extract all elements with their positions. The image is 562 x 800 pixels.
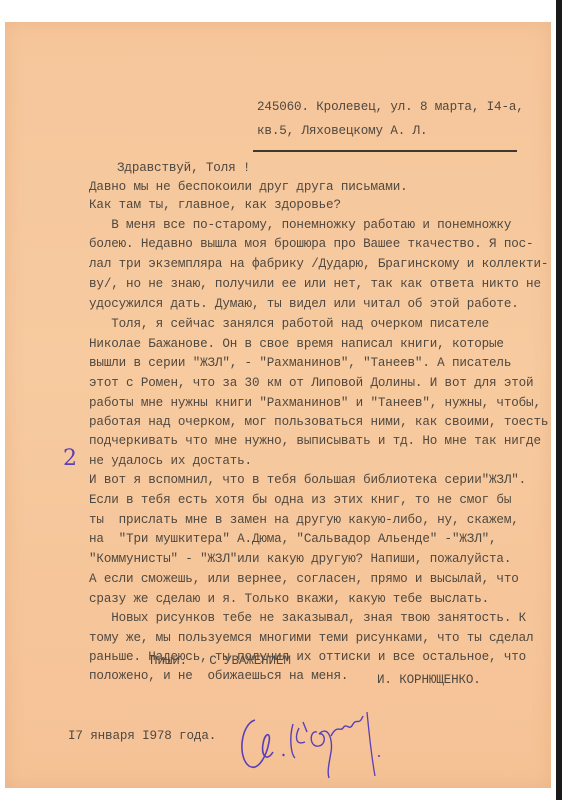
body-line: удосужился дать. Думаю, ты видел или чит… xyxy=(89,295,519,314)
body-line: сразу же сделаю и я. Только вкажи, какую… xyxy=(89,590,489,609)
body-line: В меня все по-старому, понемножку работа… xyxy=(89,216,511,235)
body-line: ты прислать мне в замен на другую какую-… xyxy=(89,511,519,530)
margin-note: 2 xyxy=(63,446,77,471)
sender-name: И. КОРНЮЩЕНКО. xyxy=(377,671,481,690)
body-line: Давно мы не беспокоили друг друга письма… xyxy=(89,178,408,197)
body-line: лал три экземпляра на фабрику /Дударю, Б… xyxy=(89,255,548,274)
date: I7 января I978 года. xyxy=(68,727,216,746)
body-line: подчеркивать что мне нужно, выписывать и… xyxy=(89,432,541,451)
body-line: болею. Недавно вышла моя брошюра про Ваш… xyxy=(89,235,533,254)
address-line-2: кв.5, Ляховецкому А. Л. xyxy=(257,122,427,141)
scan-edge xyxy=(556,0,562,800)
body-line: Как там ты, главное, как здоровье? xyxy=(89,196,341,215)
body-line: "Коммунисты" - "ЖЗЛ"или какую другую? На… xyxy=(89,550,511,569)
body-line: И вот я вспомнил, что в тебя большая биб… xyxy=(89,471,526,490)
body-line: Толя, я сейчас занялся работой над очерк… xyxy=(89,315,489,334)
address-line-1: 245060. Кролевец, ул. 8 марта, I4-а, xyxy=(257,98,524,117)
body-line: этот с Ромен, что за 30 км от Липовой До… xyxy=(89,374,533,393)
body-line: работы мне нужны книги "Рахманинов" и "Т… xyxy=(89,394,541,413)
signature-icon xyxy=(233,702,383,782)
body-line: на "Три мушкитера" А.Дюма, "Сальвадор Ал… xyxy=(89,530,496,549)
body-line: тому же, мы пользуемся многими теми рису… xyxy=(89,629,533,648)
body-line: не удалось их достать. xyxy=(89,452,252,471)
letter-page: 245060. Кролевец, ул. 8 марта, I4-а, кв.… xyxy=(5,22,551,788)
body-line: Николае Бажанове. Он в свое время написа… xyxy=(89,335,504,354)
body-line: ву/, но не знаю, получили ее или нет, та… xyxy=(89,275,541,294)
greeting: Здравствуй, Толя ! xyxy=(117,159,250,178)
body-line: вышли в серии "ЖЗЛ", - "Рахманинов", "Та… xyxy=(89,354,511,373)
address-underline xyxy=(253,150,517,152)
body-line: Если в тебя есть хотя бы одна из этих кн… xyxy=(89,491,511,510)
closing: Пиши. С УВАЖЕНИЕМ xyxy=(150,652,291,671)
body-line: А если сможешь, или вернее, согласен, пр… xyxy=(89,570,519,589)
body-line: Новых рисунков тебе не заказывал, зная т… xyxy=(89,609,526,628)
body-line: работая над очерком, мог пользоваться ни… xyxy=(89,413,548,432)
